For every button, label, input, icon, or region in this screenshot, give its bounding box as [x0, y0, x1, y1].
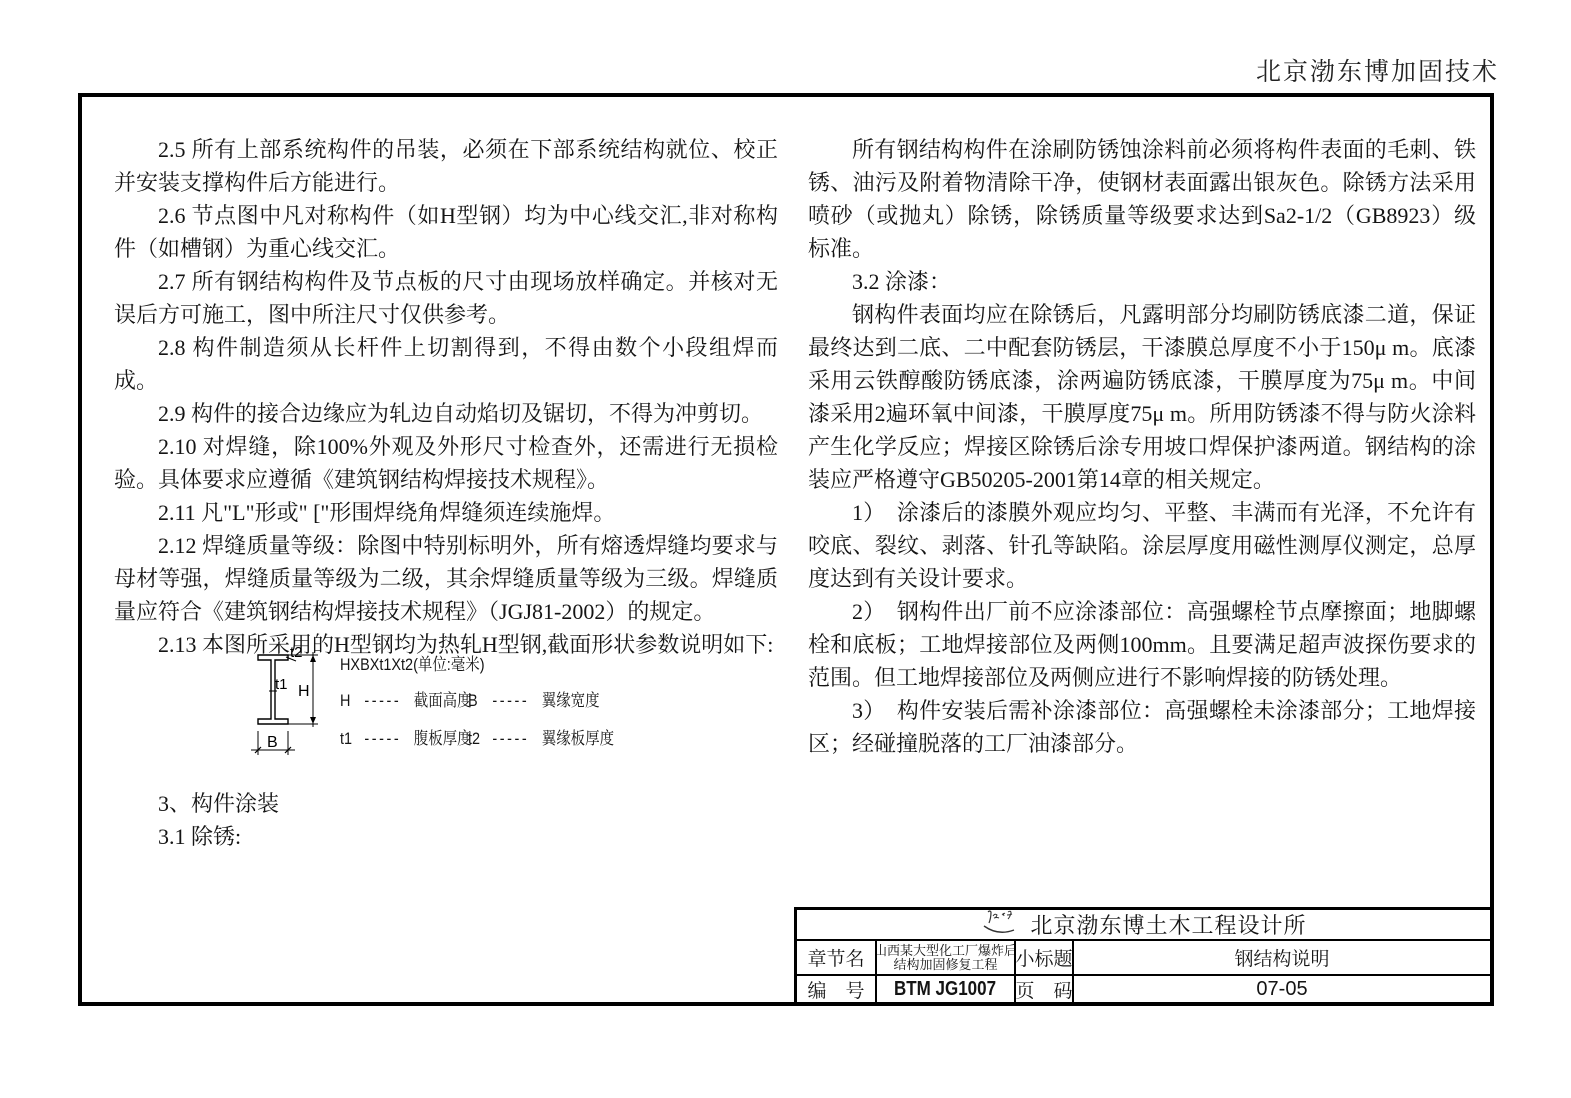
legend-symbol: H — [340, 691, 360, 711]
legend-symbol: B — [468, 691, 488, 711]
company-logo — [980, 910, 1022, 936]
project-name-line1: 山西某大型化工厂爆炸后 — [875, 944, 1014, 958]
title-block: 北京渤东博土木工程设计所 章节名 山西某大型化工厂爆炸后 结构加固修复工程 小标… — [794, 907, 1490, 1002]
paragraph-2-5: 2.5 所有上部系统构件的吊装，必须在下部系统结构就位、校正并安装支撑构件后方能… — [114, 133, 778, 199]
paragraph-coat-item-2: 2） 钢构件出厂前不应涂漆部位：高强螺栓节点摩擦面；地脚螺栓和底板；工地焊接部位… — [808, 595, 1476, 694]
chapter-label: 章节名 — [797, 941, 875, 974]
legend-desc: 腹板厚度 — [414, 729, 472, 748]
t2-label: t2 — [290, 647, 303, 661]
h-dim-arrow-top — [310, 655, 316, 662]
legend-desc: 翼缘板厚度 — [542, 729, 614, 748]
paragraph-2-12: 2.12 焊缝质量等级：除图中特别标明外，所有熔透焊缝均要求与母材等强，焊缝质量… — [114, 529, 778, 628]
content-frame: 2.5 所有上部系统构件的吊装，必须在下部系统结构就位、校正并安装支撑构件后方能… — [78, 93, 1494, 1006]
section-3-2-heading: 3.2 涂漆： — [808, 265, 1476, 298]
paragraph-2-8: 2.8 构件制造须从长杆件上切割得到，不得由数个小段组焊而成。 — [114, 331, 778, 397]
h-label: H — [298, 683, 310, 700]
legend-item-t1: t1 ----- 腹板厚度 — [340, 729, 472, 749]
drawing-number: BTM JG1007 — [875, 974, 1014, 1002]
page-header: 北京渤东博加固技术 — [1256, 52, 1499, 88]
paragraph-2-9: 2.9 构件的接合边缘应为轧边自动焰切及锯切，不得为冲剪切。 — [114, 397, 778, 430]
legend-dashes: ----- — [364, 729, 401, 749]
subtitle-value: 钢结构说明 — [1072, 941, 1490, 974]
paragraph-2-6: 2.6 节点图中凡对称构件（如H型钢）均为中心线交汇,非对称构件（如槽钢）为重心… — [114, 199, 778, 265]
paragraph-2-7: 2.7 所有钢结构构件及节点板的尺寸由现场放样确定。并核对无误后方可施工，图中所… — [114, 265, 778, 331]
legend-symbol: t2 — [468, 729, 488, 749]
h-dim-arrow-bottom — [310, 717, 316, 724]
paragraph-2-11: 2.11 凡"L"形或" ["形围焊绕角焊缝须连续施焊。 — [114, 496, 778, 529]
paragraph-painting: 钢构件表面均应在除锈后，凡露明部分均刷防锈底漆二道，保证最终达到二底、二中配套防… — [808, 298, 1476, 496]
legend-dashes: ----- — [364, 691, 401, 711]
paragraph-derusting: 所有钢结构构件在涂刷防锈蚀涂料前必须将构件表面的毛刺、铁锈、油污及附着物清除干净… — [808, 133, 1476, 265]
page-label: 页 码 — [1014, 974, 1072, 1002]
project-name: 山西某大型化工厂爆炸后 结构加固修复工程 — [875, 941, 1014, 974]
legend-symbol: t1 — [340, 729, 360, 749]
hbeam-section-drawing: t2 t1 H B — [240, 647, 344, 773]
number-label: 编 号 — [797, 974, 875, 1002]
legend-desc: 截面高度 — [414, 691, 472, 710]
legend-desc: 翼缘宽度 — [542, 691, 600, 710]
section-3-1-heading: 3.1 除锈: — [114, 820, 778, 853]
title-block-grid: 章节名 山西某大型化工厂爆炸后 结构加固修复工程 小标题 钢结构说明 编 号 B… — [797, 941, 1490, 1002]
paragraph-2-10: 2.10 对焊缝，除100%外观及外形尺寸检查外，还需进行无损检验。具体要求应遵… — [114, 430, 778, 496]
legend-item-t2: t2 ----- 翼缘板厚度 — [468, 729, 614, 749]
right-column: 所有钢结构构件在涂刷防锈蚀涂料前必须将构件表面的毛刺、铁锈、油污及附着物清除干净… — [808, 133, 1476, 760]
legend-dashes: ----- — [492, 691, 529, 711]
paragraph-coat-item-1: 1） 涂漆后的漆膜外观应均匀、平整、丰满而有光泽，不允许有咬底、裂纹、剥落、针孔… — [808, 496, 1476, 595]
legend-item-B: B ----- 翼缘宽度 — [468, 691, 600, 711]
legend-item-H: H ----- 截面高度 — [340, 691, 472, 711]
left-column: 2.5 所有上部系统构件的吊装，必须在下部系统结构就位、校正并安装支撑构件后方能… — [114, 133, 778, 853]
subtitle-label: 小标题 — [1014, 941, 1072, 974]
section-3-heading: 3、构件涂装 — [114, 787, 778, 820]
project-name-line2: 结构加固修复工程 — [893, 958, 997, 972]
page-number: 07-05 — [1072, 974, 1490, 1002]
hbeam-formula: HXBXt1Xt2(单位:毫米) — [340, 655, 485, 675]
title-block-company-row: 北京渤东博土木工程设计所 — [797, 910, 1490, 941]
company-name: 北京渤东博土木工程设计所 — [1030, 909, 1306, 940]
t1-label: t1 — [275, 676, 288, 693]
b-label: B — [267, 734, 278, 751]
hbeam-diagram: t2 t1 H B HXBXt1Xt2(单位:毫米) — [114, 647, 778, 775]
paragraph-coat-item-3: 3） 构件安装后需补涂漆部位：高强螺栓未涂漆部分；工地焊接区；经碰撞脱落的工厂油… — [808, 694, 1476, 760]
legend-dashes: ----- — [492, 729, 529, 749]
